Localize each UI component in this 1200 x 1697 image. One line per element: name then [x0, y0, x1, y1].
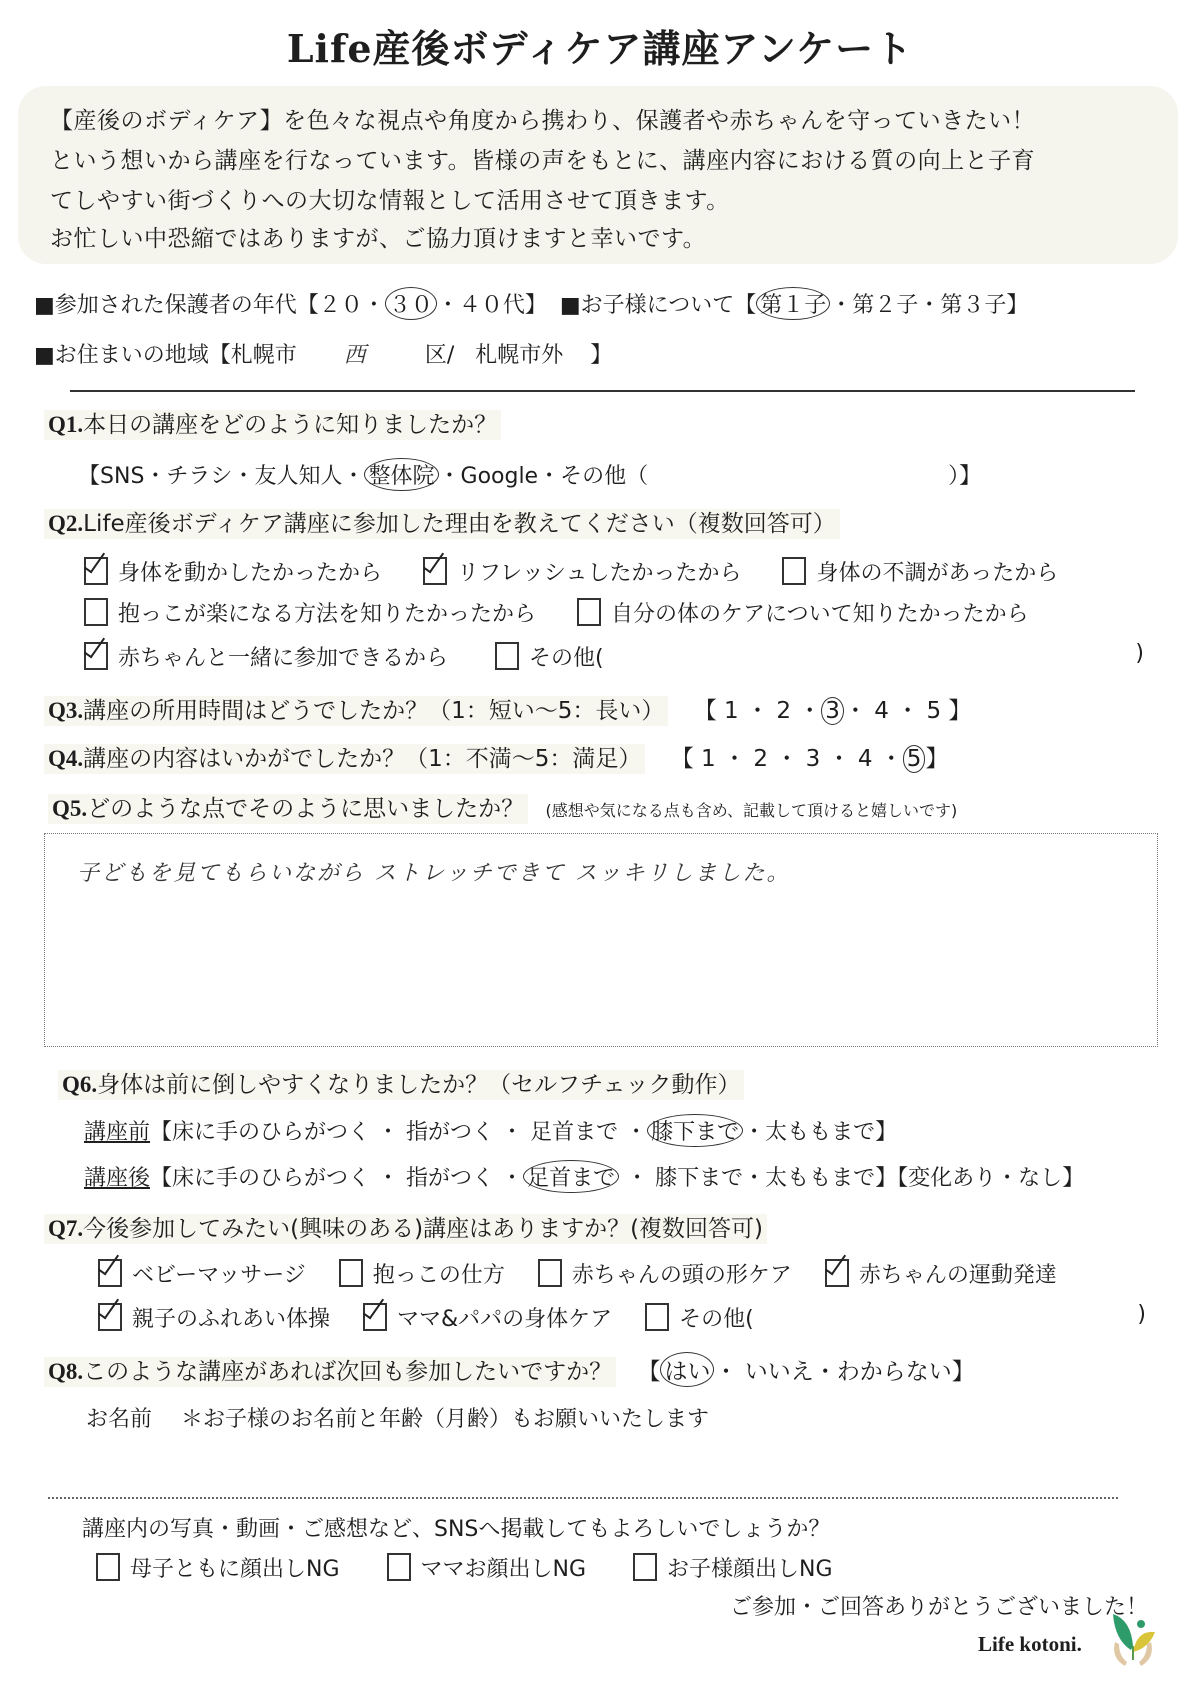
bracket: 】 — [590, 343, 612, 368]
checkbox[interactable] — [84, 598, 108, 626]
q6-number: Q6. — [62, 1072, 97, 1097]
q1-option[interactable]: 友人知人 — [254, 464, 342, 489]
q7-checkbox-item[interactable]: ママ&パパの身体ケア — [363, 1307, 612, 1332]
q4-number: Q4. — [48, 746, 83, 771]
checkbox-label: 身体の不調があったから — [816, 561, 1058, 586]
checkbox-checked[interactable] — [98, 1303, 122, 1331]
checkbox[interactable] — [633, 1553, 657, 1581]
q2-question: Life産後ボディケア講座に参加した理由を教えてください（複数回答可） — [83, 511, 836, 537]
checkbox-checked[interactable] — [84, 557, 108, 585]
checkbox-label: 抱っこが楽になる方法を知りたかったから — [118, 602, 536, 627]
checkbox-checked[interactable] — [423, 557, 447, 585]
q5-answer-text: 子どもを見てもらいながら ストレッチできて スッキリしました。 — [77, 856, 791, 887]
area-ward-suffix: 区/ — [425, 343, 454, 368]
q7-checkbox-item[interactable]: その他( — [645, 1307, 754, 1332]
checkbox-label: 親子のふれあい体操 — [132, 1307, 330, 1332]
q7-checkbox-item[interactable]: 赤ちゃんの運動発達 — [825, 1263, 1057, 1288]
q1-options: 【SNS・チラシ・友人知人・整体院・Google・その他（）】 — [78, 458, 981, 491]
leaf-hands-icon — [1105, 1610, 1161, 1670]
child-option[interactable]: 第３子 — [940, 293, 1006, 318]
q2-checkbox-item[interactable]: その他( — [495, 646, 604, 671]
q1-option[interactable]: その他（ — [560, 464, 648, 489]
q6-option[interactable]: 太ももまで — [765, 1166, 875, 1191]
intro-line: てしやすい街づくりへの大切な情報として活用させて頂きます。 — [50, 182, 730, 215]
intro-line: という想いから講座を行なっています。皆様の声をもとに、講座内容における質の向上と… — [50, 142, 1035, 175]
q4-scale-option[interactable]: 4 — [858, 746, 873, 772]
checkbox-checked[interactable] — [84, 642, 108, 670]
q2-heading: Q2.Life産後ボディケア講座に参加した理由を教えてください（複数回答可） — [44, 505, 840, 538]
q1-heading: Q1.本日の講座をどのように知りましたか？ — [44, 406, 501, 439]
divider — [70, 390, 1135, 392]
checkbox-label: ベビーマッサージ — [132, 1263, 306, 1288]
age-label: ■参加された保護者の年代【 — [34, 293, 319, 318]
q8-question: このような講座があれば次回も参加したいですか？ — [83, 1359, 612, 1385]
q4-row: Q4.講座の内容はいかがでしたか？（1：不満〜5：満足） 【 1 ・ 2 ・ 3… — [44, 740, 948, 773]
q7-checkbox-item[interactable]: 赤ちゃんの頭の形ケア — [538, 1263, 792, 1288]
q3-scale-option[interactable]: 1 — [724, 698, 739, 724]
intro-line: 【産後のボディケア】を色々な視点や角度から携わり、保護者や赤ちゃんを守っていきた… — [50, 102, 1035, 135]
name-note: ＊お子様のお名前と年齢（月齢）もお願いいたします — [181, 1407, 709, 1432]
thanks-text: ご参加・ご回答ありがとうございました！ — [730, 1590, 1148, 1621]
q6-change-option[interactable]: 変化あり — [908, 1166, 996, 1191]
checkbox-label: 母子ともに顔出しNG — [130, 1557, 340, 1582]
sns-options: 母子ともに顔出しNG ママお顔出しNG お子様顔出しNG — [96, 1552, 833, 1583]
q6-question: 身体は前に倒しやすくなりましたか？（セルフチェック動作） — [97, 1072, 740, 1098]
q3-row: Q3.講座の所用時間はどうでしたか？（1：短い〜5：長い） 【 1 ・ 2 ・3… — [44, 692, 971, 725]
q8-row: Q8.このような講座があれば次回も参加したいですか？ 【はい・ いいえ・わからな… — [44, 1352, 975, 1387]
q7-heading: Q7.今後参加してみたい(興味のある)講座はありますか？(複数回答可) — [44, 1210, 767, 1243]
q2-row-1: 身体を動かしたかったから リフレッシュしたかったから 身体の不調があったから — [84, 556, 1058, 587]
q2-checkbox-item[interactable]: リフレッシュしたかったから — [423, 561, 741, 586]
child-option[interactable]: 第２子 — [852, 293, 918, 318]
q7-question: 今後参加してみたい(興味のある)講座はありますか？(複数回答可) — [83, 1216, 763, 1242]
checkbox-label: ママ&パパの身体ケア — [397, 1307, 612, 1332]
q7-row-1: ベビーマッサージ 抱っこの仕方 赤ちゃんの頭の形ケア 赤ちゃんの運動発達 — [98, 1258, 1057, 1289]
q5-answer-area[interactable]: 子どもを見てもらいながら ストレッチできて スッキリしました。 — [44, 833, 1158, 1047]
checkbox-label: その他( — [679, 1307, 754, 1332]
child-option-selected[interactable]: 第１子 — [756, 287, 830, 320]
checkbox-label: 赤ちゃんの運動発達 — [859, 1263, 1057, 1288]
sns-checkbox-item[interactable]: 母子ともに顔出しNG — [96, 1557, 340, 1582]
q8-option[interactable]: いいえ — [745, 1359, 814, 1385]
checkbox-label: リフレッシュしたかったから — [457, 561, 741, 586]
q6-before-label: 講座前 — [84, 1120, 150, 1145]
q2-checkbox-item[interactable]: 赤ちゃんと一緒に参加できるから — [84, 646, 448, 671]
checkbox[interactable] — [538, 1259, 562, 1287]
q2-row-2: 抱っこが楽になる方法を知りたかったから 自分の体のケアについて知りたかったから — [84, 597, 1029, 628]
area-ward-answer[interactable]: 西 — [344, 343, 368, 368]
logo-text: Life kotoni. — [978, 1632, 1082, 1657]
q5-note: (感想や気になる点も含め、記載して頂けると嬉しいです) — [545, 801, 957, 820]
checkbox-label: 抱っこの仕方 — [373, 1263, 505, 1288]
q2-checkbox-item[interactable]: 身体の不調があったから — [782, 561, 1058, 586]
sns-checkbox-item[interactable]: ママお顔出しNG — [387, 1557, 587, 1582]
checkbox-label: 身体を動かしたかったから — [118, 561, 382, 586]
q2-checkbox-item[interactable]: 自分の体のケアについて知りたかったから — [577, 602, 1029, 627]
name-label: お名前 — [86, 1407, 152, 1432]
name-row: お名前 ＊お子様のお名前と年齢（月齢）もお願いいたします — [86, 1402, 709, 1433]
q4-question: 講座の内容はいかがでしたか？（1：不満〜5：満足） — [83, 746, 641, 772]
q4-scale-option[interactable]: 2 — [753, 746, 768, 772]
q1-question: 本日の講座をどのように知りましたか？ — [83, 412, 497, 438]
q6-option[interactable]: 太ももまで — [765, 1120, 875, 1145]
sns-question: 講座内の写真・動画・ご感想など、SNSへ掲載してもよろしいでしょうか？ — [82, 1512, 830, 1543]
q7-checkbox-item[interactable]: 抱っこの仕方 — [339, 1263, 505, 1288]
q2-checkbox-item[interactable]: 抱っこが楽になる方法を知りたかったから — [84, 602, 536, 627]
name-field[interactable] — [300, 1440, 1100, 1490]
q6-option[interactable]: 膝下まで — [655, 1166, 743, 1191]
age-option[interactable]: ４０代 — [459, 293, 525, 318]
q6-option[interactable]: 足首まで — [530, 1120, 618, 1145]
checkbox-checked[interactable] — [825, 1259, 849, 1287]
q3-scale-option[interactable]: 4 — [874, 698, 889, 724]
checkbox[interactable] — [577, 598, 601, 626]
q1-option[interactable]: Google — [461, 464, 539, 489]
checkbox[interactable] — [645, 1303, 669, 1331]
age-option-selected[interactable]: ３０ — [385, 287, 437, 320]
bracket: 】 — [525, 293, 547, 318]
q7-row-2: 親子のふれあい体操 ママ&パパの身体ケア その他( ) — [98, 1302, 1146, 1333]
q6-option-selected[interactable]: 膝下まで — [647, 1114, 743, 1147]
q4-scale-option[interactable]: 3 — [806, 746, 821, 772]
q1-option[interactable]: SNS — [100, 464, 144, 489]
checkbox-label: 自分の体のケアについて知りたかったから — [611, 602, 1029, 627]
q6-option[interactable]: 指がつく — [406, 1120, 494, 1145]
intro-panel: 【産後のボディケア】を色々な視点や角度から携わり、保護者や赤ちゃんを守っていきた… — [18, 86, 1178, 264]
logo-icon — [1105, 1610, 1161, 1670]
checkbox[interactable] — [387, 1553, 411, 1581]
checkbox-label: 赤ちゃんと一緒に参加できるから — [118, 646, 448, 671]
bracket: ) — [1135, 641, 1144, 666]
q2-checkbox-item[interactable]: 身体を動かしたかったから — [84, 561, 382, 586]
bracket: ）】 — [948, 464, 981, 489]
q6-after-row: 講座後【床に手のひらがつく ・ 指がつく ・足首まで ・ 膝下まで・太ももまで】… — [84, 1160, 1084, 1193]
survey-title: Life産後ボディケア講座アンケート — [0, 18, 1200, 73]
q8-option-selected[interactable]: はい — [660, 1352, 714, 1387]
q8-number: Q8. — [48, 1359, 83, 1384]
checkbox-label: 赤ちゃんの頭の形ケア — [572, 1263, 792, 1288]
q6-change-option[interactable]: なし — [1018, 1166, 1062, 1191]
q6-option[interactable]: 指がつく — [406, 1166, 494, 1191]
q6-before-row: 講座前【床に手のひらがつく ・ 指がつく ・ 足首まで ・膝下まで・太ももまで】 — [84, 1114, 897, 1147]
q6-heading: Q6.身体は前に倒しやすくなりましたか？（セルフチェック動作） — [58, 1066, 744, 1099]
q4-scale-option[interactable]: 1 — [701, 746, 716, 772]
q6-option-selected[interactable]: 足首まで — [523, 1160, 619, 1193]
q3-scale-option[interactable]: 5 — [926, 698, 941, 724]
bracket: 】 — [1006, 293, 1028, 318]
q5-number: Q5. — [52, 796, 87, 821]
q1-number: Q1. — [48, 412, 83, 437]
q3-scale-option-selected[interactable]: 3 — [821, 697, 844, 725]
area-outside-option[interactable]: 札幌市外 — [475, 343, 563, 368]
child-label: ■お子様について【 — [560, 293, 756, 318]
q7-checkbox-item[interactable]: 親子のふれあい体操 — [98, 1307, 330, 1332]
q3-scale-option[interactable]: 2 — [776, 698, 791, 724]
age-option[interactable]: ２０ — [319, 293, 363, 318]
q7-number: Q7. — [48, 1216, 83, 1241]
q5-heading: Q5.どのような点でそのように思いましたか？ (感想や気になる点も含め、記載して… — [48, 790, 957, 823]
q3-question: 講座の所用時間はどうでしたか？（1：短い〜5：長い） — [83, 698, 664, 724]
area-row: ■お住まいの地域【札幌市 西 区/ 札幌市外 】 — [34, 338, 612, 369]
checkbox[interactable] — [96, 1553, 120, 1581]
bracket: ) — [1137, 1302, 1146, 1327]
q6-option[interactable]: 床に手のひらがつく — [172, 1120, 370, 1145]
q2-number: Q2. — [48, 511, 83, 536]
checkbox-checked[interactable] — [98, 1259, 122, 1287]
checkbox[interactable] — [339, 1259, 363, 1287]
checkbox-label: その他( — [529, 646, 604, 671]
divider-dotted — [48, 1497, 1118, 1499]
q2-row-3: 赤ちゃんと一緒に参加できるから その他( ) — [84, 641, 1144, 672]
checkbox-checked[interactable] — [363, 1303, 387, 1331]
age-row: ■参加された保護者の年代【２０・３０・４０代】 ■お子様について【第１子・第２子… — [34, 287, 1028, 320]
checkbox[interactable] — [495, 642, 519, 670]
checkbox-label: ママお顔出しNG — [421, 1557, 587, 1582]
q1-option-selected[interactable]: 整体院 — [364, 458, 438, 491]
checkbox-label: お子様顔出しNG — [667, 1557, 833, 1582]
q1-option[interactable]: チラシ — [166, 464, 232, 489]
q8-option[interactable]: わからない — [837, 1359, 952, 1385]
q3-number: Q3. — [48, 698, 83, 723]
q7-checkbox-item[interactable]: ベビーマッサージ — [98, 1263, 306, 1288]
sns-checkbox-item[interactable]: お子様顔出しNG — [633, 1557, 833, 1582]
checkbox[interactable] — [782, 557, 806, 585]
intro-line: お忙しい中恐縮ではありますが、ご協力頂けますと幸いです。 — [50, 220, 706, 253]
q6-after-label: 講座後 — [84, 1166, 150, 1191]
area-label: ■お住まいの地域【札幌市 — [34, 343, 297, 368]
q4-scale-option-selected[interactable]: 5 — [903, 745, 926, 773]
q5-question: どのような点でそのように思いましたか？ — [87, 796, 524, 822]
q6-option[interactable]: 床に手のひらがつく — [172, 1166, 370, 1191]
